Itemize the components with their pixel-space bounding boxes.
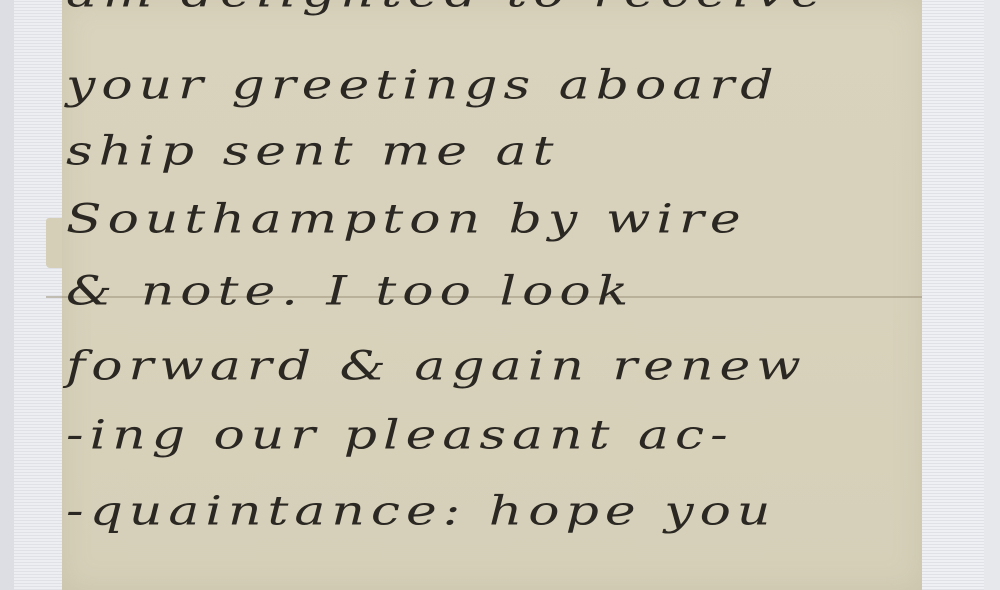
handwritten-line: am delighted to receive	[66, 0, 827, 17]
fabric-backdrop-right	[922, 0, 1000, 590]
handwritten-line: forward & again renew	[66, 343, 807, 390]
handwritten-line: -quaintance: hope you	[66, 488, 776, 535]
handwritten-line: ship sent me at	[66, 128, 560, 175]
handwritten-line: & note. I too look	[66, 268, 634, 315]
fabric-backdrop-left	[0, 0, 62, 590]
handwritten-line: your greetings aboard	[66, 62, 780, 109]
handwritten-line: Southampton by wire	[66, 196, 747, 243]
handwritten-line: -ing our pleasant ac-	[66, 412, 734, 459]
